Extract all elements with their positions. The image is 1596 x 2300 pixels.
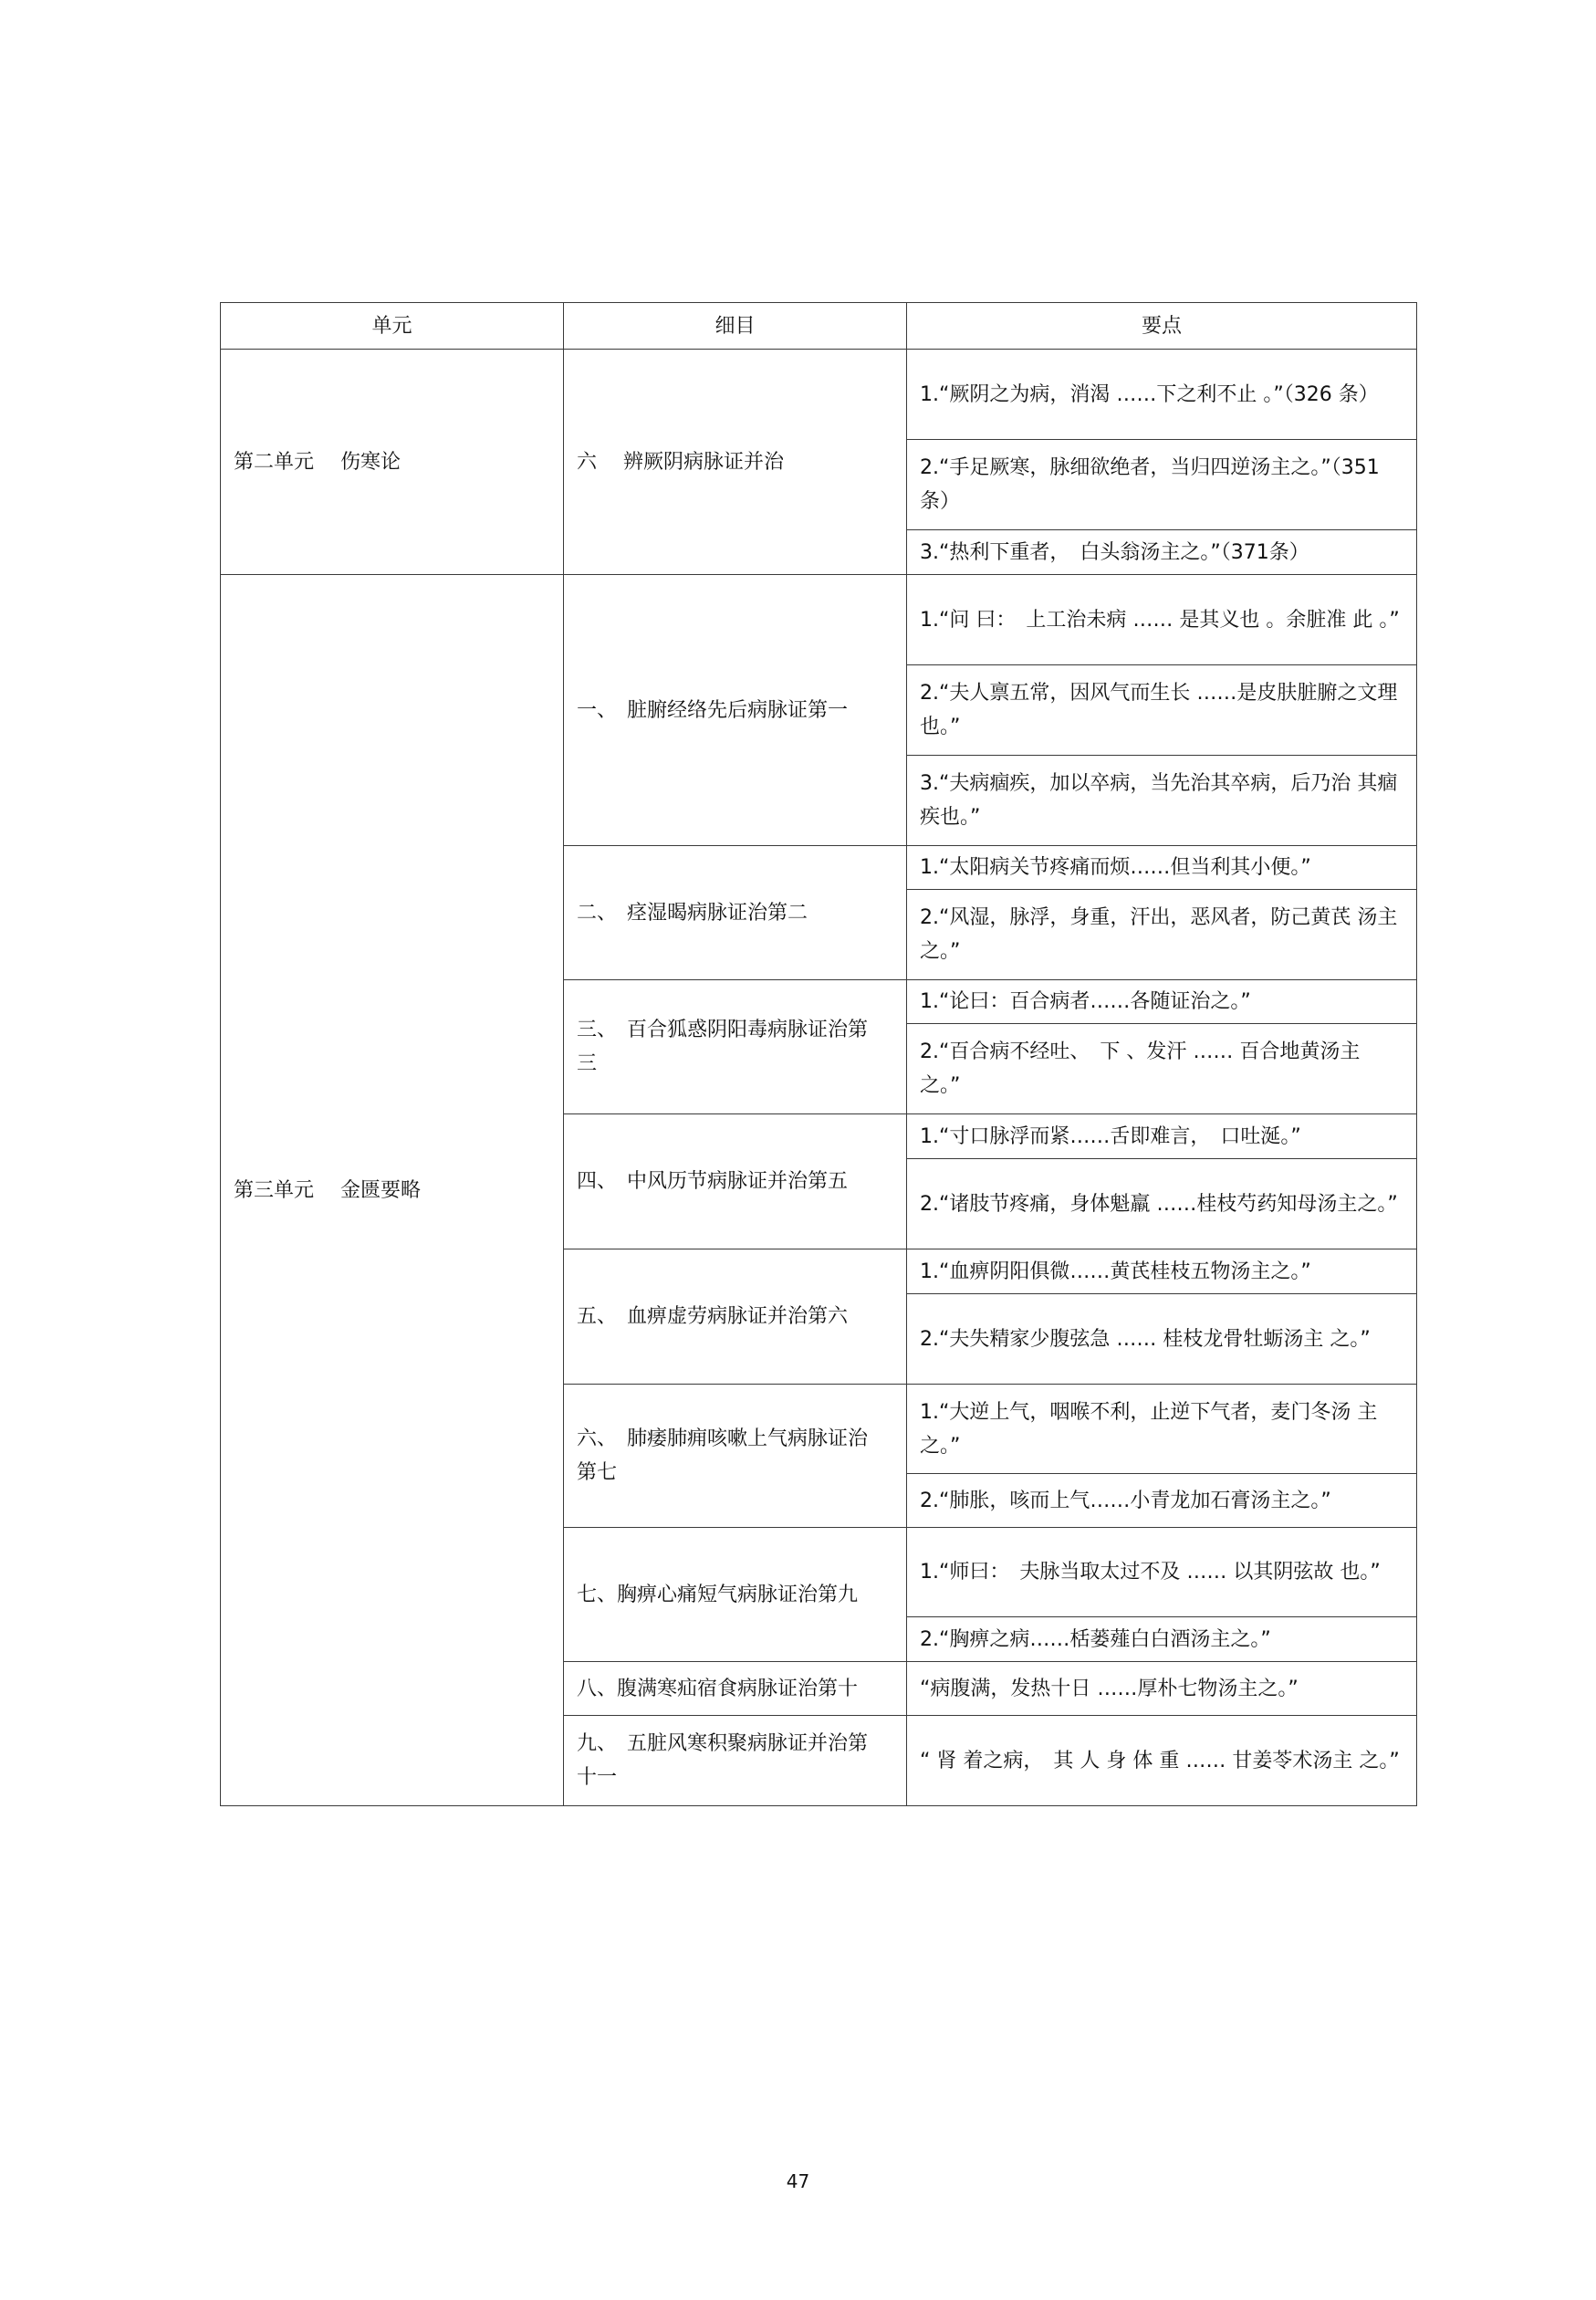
syllabus-table: 单元 细目 要点 第二单元 伤寒论 六 辨厥阴病脉证并治 1.“厥阴之为病，消渴…: [220, 302, 1417, 1806]
point-cell: 1.“大逆上气，咽喉不利，止逆下气者，麦门冬汤 主之。”: [907, 1385, 1417, 1474]
item-cell: 八、腹满寒疝宿食病脉证治第十: [564, 1662, 907, 1716]
point-cell: 2.“手足厥寒，脉细欲绝者，当归四逆汤主之。”（351条）: [907, 440, 1417, 530]
table-row: 第三单元 金匮要略 一、 脏腑经络先后病脉证第一 1.“问 曰： 上工治未病 ……: [221, 575, 1417, 665]
item-cell: 一、 脏腑经络先后病脉证第一: [564, 575, 907, 846]
point-cell: 2.“风湿，脉浮，身重，汗出，恶风者，防己黄芪 汤主之。”: [907, 890, 1417, 980]
item-cell: 四、 中风历节病脉证并治第五: [564, 1114, 907, 1249]
point-cell: 2.“肺胀，咳而上气……小青龙加石膏汤主之。”: [907, 1474, 1417, 1528]
point-cell: 1.“太阳病关节疼痛而烦……但当利其小便。”: [907, 846, 1417, 890]
item-cell: 六 辨厥阴病脉证并治: [564, 350, 907, 575]
point-cell: 1.“师曰： 夫脉当取太过不及 …… 以其阴弦故 也。”: [907, 1528, 1417, 1617]
unit-cell: 第三单元 金匮要略: [221, 575, 564, 1806]
header-unit: 单元: [221, 303, 564, 350]
table-header-row: 单元 细目 要点: [221, 303, 1417, 350]
point-cell: 1.“厥阴之为病，消渴 ……下之利不止 。”（326 条）: [907, 350, 1417, 440]
point-cell: 1.“寸口脉浮而紧……舌即难言， 口吐涎。”: [907, 1114, 1417, 1159]
table-row: 第二单元 伤寒论 六 辨厥阴病脉证并治 1.“厥阴之为病，消渴 ……下之利不止 …: [221, 350, 1417, 440]
point-cell: 2.“夫失精家少腹弦急 …… 桂枝龙骨牡蛎汤主 之。”: [907, 1294, 1417, 1385]
header-item: 细目: [564, 303, 907, 350]
unit-cell: 第二单元 伤寒论: [221, 350, 564, 575]
document-page: 单元 细目 要点 第二单元 伤寒论 六 辨厥阴病脉证并治 1.“厥阴之为病，消渴…: [0, 0, 1596, 2300]
point-cell: 1.“血痹阴阳俱微……黄芪桂枝五物汤主之。”: [907, 1249, 1417, 1294]
item-cell: 五、 血痹虚劳病脉证并治第六: [564, 1249, 907, 1385]
point-cell: 1.“论曰：百合病者……各随证治之。”: [907, 980, 1417, 1024]
header-points: 要点: [907, 303, 1417, 350]
point-cell: “ 肾 着之病， 其 人 身 体 重 …… 甘姜苓术汤主 之。”: [907, 1716, 1417, 1806]
item-cell: 三、 百合狐惑阴阳毒病脉证治第 三: [564, 980, 907, 1114]
item-cell: 九、 五脏风寒积聚病脉证并治第 十一: [564, 1716, 907, 1806]
point-cell: 2.“百合病不经吐、 下 、发汗 …… 百合地黄汤主 之。”: [907, 1024, 1417, 1114]
point-cell: 2.“夫人禀五常，因风气而生长 ……是皮肤脏腑之文理也。”: [907, 665, 1417, 756]
item-cell: 二、 痉湿暍病脉证治第二: [564, 846, 907, 980]
point-cell: 3.“热利下重者， 白头翁汤主之。”（371条）: [907, 530, 1417, 575]
page-number: 47: [0, 2170, 1596, 2192]
item-cell: 六、 肺痿肺痈咳嗽上气病脉证治 第七: [564, 1385, 907, 1528]
point-cell: 3.“夫病痼疾，加以卒病，当先治其卒病，后乃治 其痼疾也。”: [907, 756, 1417, 846]
point-cell: 2.“诸肢节疼痛，身体魁羸 ……桂枝芍药知母汤主之。”: [907, 1159, 1417, 1249]
point-cell: 2.“胸痹之病……栝蒌薤白白酒汤主之。”: [907, 1617, 1417, 1662]
point-cell: 1.“问 曰： 上工治未病 …… 是其义也 。余脏准 此 。”: [907, 575, 1417, 665]
point-cell: “病腹满，发热十日 ……厚朴七物汤主之。”: [907, 1662, 1417, 1716]
item-cell: 七、胸痹心痛短气病脉证治第九: [564, 1528, 907, 1662]
